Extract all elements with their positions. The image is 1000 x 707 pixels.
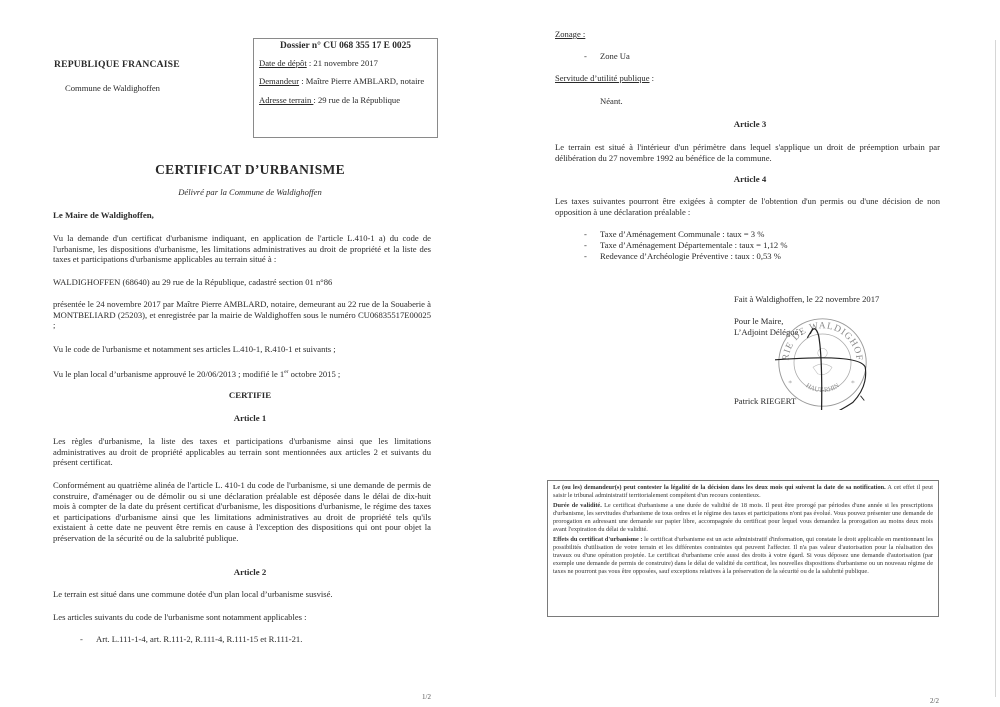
dossier-info-box: Dossier n° CU 068 355 17 E 0025 Date de … [253, 38, 438, 138]
article-3-heading: Article 3 [500, 119, 1000, 129]
maire-heading: Le Maire de Waldighoffen, [53, 210, 154, 220]
article-2-bullet: - Art. L.111-1-4, art. R.111-2, R.111-4,… [80, 634, 436, 644]
date-depot: Date de dépôt : 21 novembre 2017 [259, 58, 432, 68]
article-2-bullet-text: Art. L.111-1-4, art. R.111-2, R.111-4, R… [96, 634, 302, 644]
page-1: REPUBLIQUE FRANCAISE Commune de Waldigho… [0, 0, 500, 707]
certifie-heading: CERTIFIE [0, 390, 500, 400]
legal-recours-bold: Le (ou les) demandeur(s) peut contester … [553, 484, 886, 491]
svg-text:*: * [851, 378, 855, 387]
bullet-dash: - [80, 634, 83, 644]
legal-recours: Le (ou les) demandeur(s) peut contester … [553, 484, 933, 500]
document-subtitle: Délivré par la Commune de Waldighoffen [0, 187, 500, 197]
republique-francaise-header: REPUBLIQUE FRANCAISE [54, 59, 180, 70]
tax-item-text: Taxe d’Aménagement Départementale : taux… [600, 240, 788, 250]
legal-effets: Effets du certificat d'urbanisme : le ce… [553, 536, 933, 576]
legal-notice-box: Le (ou les) demandeur(s) peut contester … [547, 480, 939, 617]
servitude-label: Servitude d’utilité publique [555, 73, 650, 83]
servitude-suffix: : [650, 73, 655, 83]
commune-name: Commune de Waldighoffen [65, 83, 160, 93]
document-title: CERTIFICAT D’URBANISME [0, 162, 500, 178]
vu-plu-text-end: octobre 2015 ; [289, 369, 341, 379]
servitude: Servitude d’utilité publique : [555, 73, 654, 84]
article-2-paragraph-2: Les articles suivants du code de l'urban… [53, 612, 431, 623]
page-number: 2/2 [930, 697, 939, 705]
paragraph-presentee: présentée le 24 novembre 2017 par Maître… [53, 299, 431, 331]
article-1-heading: Article 1 [0, 413, 500, 423]
date-depot-label: Date de dépôt [259, 58, 307, 68]
servitude-value: Néant. [600, 96, 623, 107]
paragraph-vu-demande: Vu la demande d'un certificat d'urbanism… [53, 233, 431, 265]
article-1-paragraph-2: Conformément au quatrième alinéa de l'ar… [53, 480, 431, 544]
fait-a: Fait à Waldighoffen, le 22 novembre 2017 [734, 294, 879, 305]
page-2: Zonage : - Zone Ua Servitude d’utilité p… [500, 0, 1000, 707]
page-number: 1/2 [422, 693, 431, 701]
demandeur: Demandeur : Maître Pierre AMBLARD, notai… [259, 76, 432, 86]
bullet-dash: - [584, 240, 587, 251]
tax-item: -Redevance d’Archéologie Préventive : ta… [584, 251, 884, 262]
adresse-label: Adresse terrain [259, 95, 313, 105]
legal-validite-text: Le certificat d'urbanisme a une durée de… [553, 502, 933, 533]
zonage-label: Zonage : [555, 29, 585, 40]
tax-item-text: Redevance d’Archéologie Préventive : tau… [600, 251, 781, 261]
article-4-paragraph: Les taxes suivantes pourront être exigée… [555, 196, 940, 217]
article-2-paragraph-1: Le terrain est situé dans une commune do… [53, 589, 431, 600]
vu-plu-text: Vu le plan local d’urbanisme approuvé le… [53, 369, 284, 379]
paragraph-vu-code: Vu le code de l'urbanisme et notamment s… [53, 344, 431, 355]
article-1-paragraph-1: Les règles d'urbanisme, la liste des tax… [53, 436, 431, 468]
demandeur-label: Demandeur [259, 76, 299, 86]
zonage-item-text: Zone Ua [600, 51, 630, 61]
tax-item: -Taxe d’Aménagement Départementale : tau… [584, 240, 884, 251]
dossier-number: Dossier n° CU 068 355 17 E 0025 [259, 41, 432, 51]
bullet-dash: - [584, 229, 587, 240]
date-depot-value: : 21 novembre 2017 [307, 58, 378, 68]
legal-validite: Durée de validité. Le certificat d'urban… [553, 502, 933, 534]
tax-item: -Taxe d’Aménagement Communale : taux = 3… [584, 229, 884, 240]
paragraph-terrain: WALDIGHOFFEN (68640) au 29 rue de la Rép… [53, 277, 431, 288]
bullet-dash: - [584, 51, 587, 61]
svg-text:*: * [788, 378, 792, 387]
legal-effets-bold: Effets du certificat d'urbanisme : [553, 536, 643, 543]
tax-list: -Taxe d’Aménagement Communale : taux = 3… [584, 229, 884, 261]
article-3-paragraph: Le terrain est situé à l'intérieur d'un … [555, 142, 940, 163]
article-2-heading: Article 2 [0, 567, 500, 577]
paragraph-vu-plu: Vu le plan local d’urbanisme approuvé le… [53, 367, 431, 379]
svg-text:HAUT-RHIN: HAUT-RHIN [804, 382, 840, 394]
article-4-heading: Article 4 [500, 174, 1000, 184]
demandeur-value: : Maître Pierre AMBLARD, notaire [299, 76, 424, 86]
bullet-dash: - [584, 251, 587, 262]
zonage-item: - Zone Ua [584, 51, 630, 61]
tax-item-text: Taxe d’Aménagement Communale : taux = 3 … [600, 229, 764, 239]
adresse-value: : 29 rue de la République [313, 95, 400, 105]
signatory-name: Patrick RIEGERT [734, 396, 796, 407]
adresse-terrain: Adresse terrain : 29 rue de la Républiqu… [259, 95, 432, 105]
legal-validite-bold: Durée de validité. [553, 502, 602, 509]
